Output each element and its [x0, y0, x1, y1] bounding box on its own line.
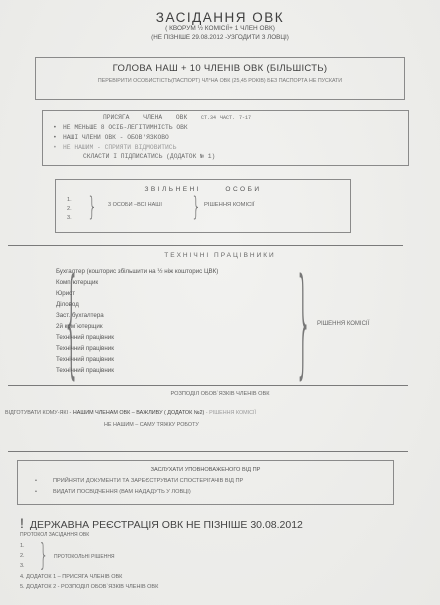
bullet-icon: •: [53, 134, 63, 141]
attachment-item: 4. ДОДАТОК 1 – ПРИСЯГА ЧЛЕНІВ ОВК: [20, 574, 122, 580]
exclamation-icon: !: [20, 515, 24, 531]
duties-prefix: ВІДГОТУВАТИ КОМУ-ЯКІ -: [5, 410, 73, 416]
document-title: ЗАСІДАННЯ ОВК: [0, 10, 440, 25]
pr-item-text: ВИДАТИ ПОСВІДЧЕННЯ (ВАМ НАДАДУТЬ У ЛОВЦІ…: [53, 489, 191, 495]
list-number: 2.: [67, 206, 72, 212]
dismissed-heading: ЗВІЛЬНЕНІ ОСОБИ: [56, 186, 350, 193]
oath-footer: СКЛАСТИ І ПІДПИСАТИСЬ (ДОДАТОК № 1): [83, 153, 215, 160]
staff-item: 2й ком`ютерщик: [56, 323, 103, 330]
dismissed-persons-box: ЗВІЛЬНЕНІ ОСОБИ 1. 2. 3. } 3 ОСОБИ –ВСІ …: [55, 179, 351, 233]
dismissed-decision: РІШЕННЯ КОМІСІЇ: [204, 202, 255, 208]
attachment-item: 5. ДОДАТОК 2 - РОЗПОДІЛ ОБОВ`ЯЗКІВ ЧЛЕНІ…: [20, 584, 158, 590]
duties-suffix: - РІШЕННЯ КОМІСІЇ: [204, 410, 256, 416]
oath-item-text: НАШІ ЧЛЕНИ ОВК - ОБОВ'ЯЗКОВО: [63, 134, 169, 141]
oath-item: •НЕ НАШИМ - СПРИЯТИ ВІДМОВИТИСЬ: [53, 144, 176, 151]
pr-representative-box: ЗАСЛУХАТИ УПОВНОВАЖЕНОГО ВІД ПР •ПРИЙНЯТ…: [17, 460, 394, 505]
duties-main: НАШИМ ЧЛЕНАМ ОВК – ВАЖЛИВУ ( ДОДАТОК №2): [73, 410, 204, 416]
divider: [8, 451, 408, 452]
divider: [8, 385, 408, 386]
chair-box: ГОЛОВА НАШ + 10 ЧЛЕНІВ ОВК (БІЛЬШІСТЬ) П…: [35, 57, 405, 100]
bullet-icon: •: [35, 489, 53, 495]
oath-article: СТ.34 ЧАСТ. 7-17: [201, 115, 251, 121]
duties-line-2: НЕ НАШИМ – САМУ ТЯЖКУ РОБОТУ: [104, 422, 199, 428]
chair-note: ПЕРЕВІРИТИ ОСОБИСТІСТЬ(ПАСПОРТ) ЧЛ°НА ОВ…: [46, 77, 394, 86]
staff-item: Комп`ютерщик: [56, 279, 98, 286]
protocol-decisions: ПРОТОКОЛЬНІ РІШЕННЯ: [54, 554, 115, 560]
protocol-label: ПРОТОКОЛ ЗАСІДАННЯ ОВК: [20, 532, 89, 538]
registration-heading: !ДЕРЖАВНА РЕЄСТРАЦІЯ ОВК НЕ ПІЗНІШЕ 30.0…: [20, 515, 303, 531]
list-number: 1.: [67, 197, 72, 203]
right-brace-icon: }: [39, 541, 49, 571]
bullet-icon: •: [53, 124, 63, 131]
protocol-number: 3.: [20, 563, 25, 569]
pr-item: •ПРИЙНЯТИ ДОКУМЕНТИ ТА ЗАРЕЄСТРУВАТИ СПО…: [35, 478, 243, 484]
oath-item: •НАШІ ЧЛЕНИ ОВК - ОБОВ'ЯЗКОВО: [53, 134, 169, 141]
oath-item-text: НЕ МЕНЬШЕ 8 ОСІБ-ЛЕГІТИМНІСТЬ ОВК: [63, 124, 188, 131]
divider: [8, 245, 403, 246]
oath-heading: ПРИСЯГА ЧЛЕНА ОВК СТ.34 ЧАСТ. 7-17: [103, 114, 251, 121]
protocol-number: 2.: [20, 553, 25, 559]
oath-item: •НЕ МЕНЬШЕ 8 ОСІБ-ЛЕГІТИМНІСТЬ ОВК: [53, 124, 188, 131]
oath-item-text: НЕ НАШИМ - СПРИЯТИ ВІДМОВИТИСЬ: [63, 144, 176, 151]
pr-heading: ЗАСЛУХАТИ УПОВНОВАЖЕНОГО ВІД ПР: [18, 467, 393, 473]
staff-item: Діловод: [56, 301, 79, 308]
chair-heading: ГОЛОВА НАШ + 10 ЧЛЕНІВ ОВК (БІЛЬШІСТЬ): [36, 63, 404, 74]
pr-item-text: ПРИЙНЯТИ ДОКУМЕНТИ ТА ЗАРЕЄСТРУВАТИ СПОС…: [53, 478, 243, 484]
duties-line-1: ВІДГОТУВАТИ КОМУ-ЯКІ - НАШИМ ЧЛЕНАМ ОВК …: [5, 410, 256, 416]
staff-item: Бухгалтер (кошторис збільшити на ½ ніж к…: [56, 268, 218, 275]
staff-item: Технічний працівник: [56, 367, 114, 374]
quorum-subtitle: ( КВОРУМ ½ КОМІСІЇ+ 1 ЧЛЕН ОВК): [0, 25, 440, 32]
staff-item: Технічний працівник: [56, 334, 114, 341]
right-brace-icon: }: [87, 194, 97, 220]
scanned-document-page: ЗАСІДАННЯ ОВК ( КВОРУМ ½ КОМІСІЇ+ 1 ЧЛЕН…: [0, 0, 440, 605]
protocol-number: 1.: [20, 543, 25, 549]
right-brace-icon: }: [191, 194, 201, 220]
registration-heading-text: ДЕРЖАВНА РЕЄСТРАЦІЯ ОВК НЕ ПІЗНІШЕ 30.08…: [30, 519, 303, 531]
duties-heading: РОЗПОДІЛ ОБОВ`ЯЗКІВ ЧЛЕНІВ ОВК: [0, 391, 440, 397]
right-brace-icon: }: [295, 262, 312, 380]
technical-staff-decision: РІШЕННЯ КОМІСІЇ: [317, 321, 369, 327]
bullet-icon: •: [53, 144, 63, 151]
staff-item: Юрист: [56, 290, 75, 297]
pr-item: •ВИДАТИ ПОСВІДЧЕННЯ (ВАМ НАДАДУТЬ У ЛОВЦ…: [35, 489, 191, 495]
staff-item: Технічний працівник: [56, 356, 114, 363]
dismissed-middle-text: 3 ОСОБИ –ВСІ НАШІ: [108, 202, 162, 208]
oath-heading-text: ПРИСЯГА ЧЛЕНА ОВК: [103, 114, 187, 121]
oath-box: ПРИСЯГА ЧЛЕНА ОВК СТ.34 ЧАСТ. 7-17 •НЕ М…: [42, 110, 409, 166]
bullet-icon: •: [35, 478, 53, 484]
staff-item: Технічний працівник: [56, 345, 114, 352]
deadline-subtitle: (НЕ ПІЗНІШЕ 29.08.2012 -УЗГОДИТИ З ЛОВЦІ…: [0, 34, 440, 41]
staff-item: Заст. бухгалтера: [56, 312, 104, 319]
list-number: 3.: [67, 215, 72, 221]
